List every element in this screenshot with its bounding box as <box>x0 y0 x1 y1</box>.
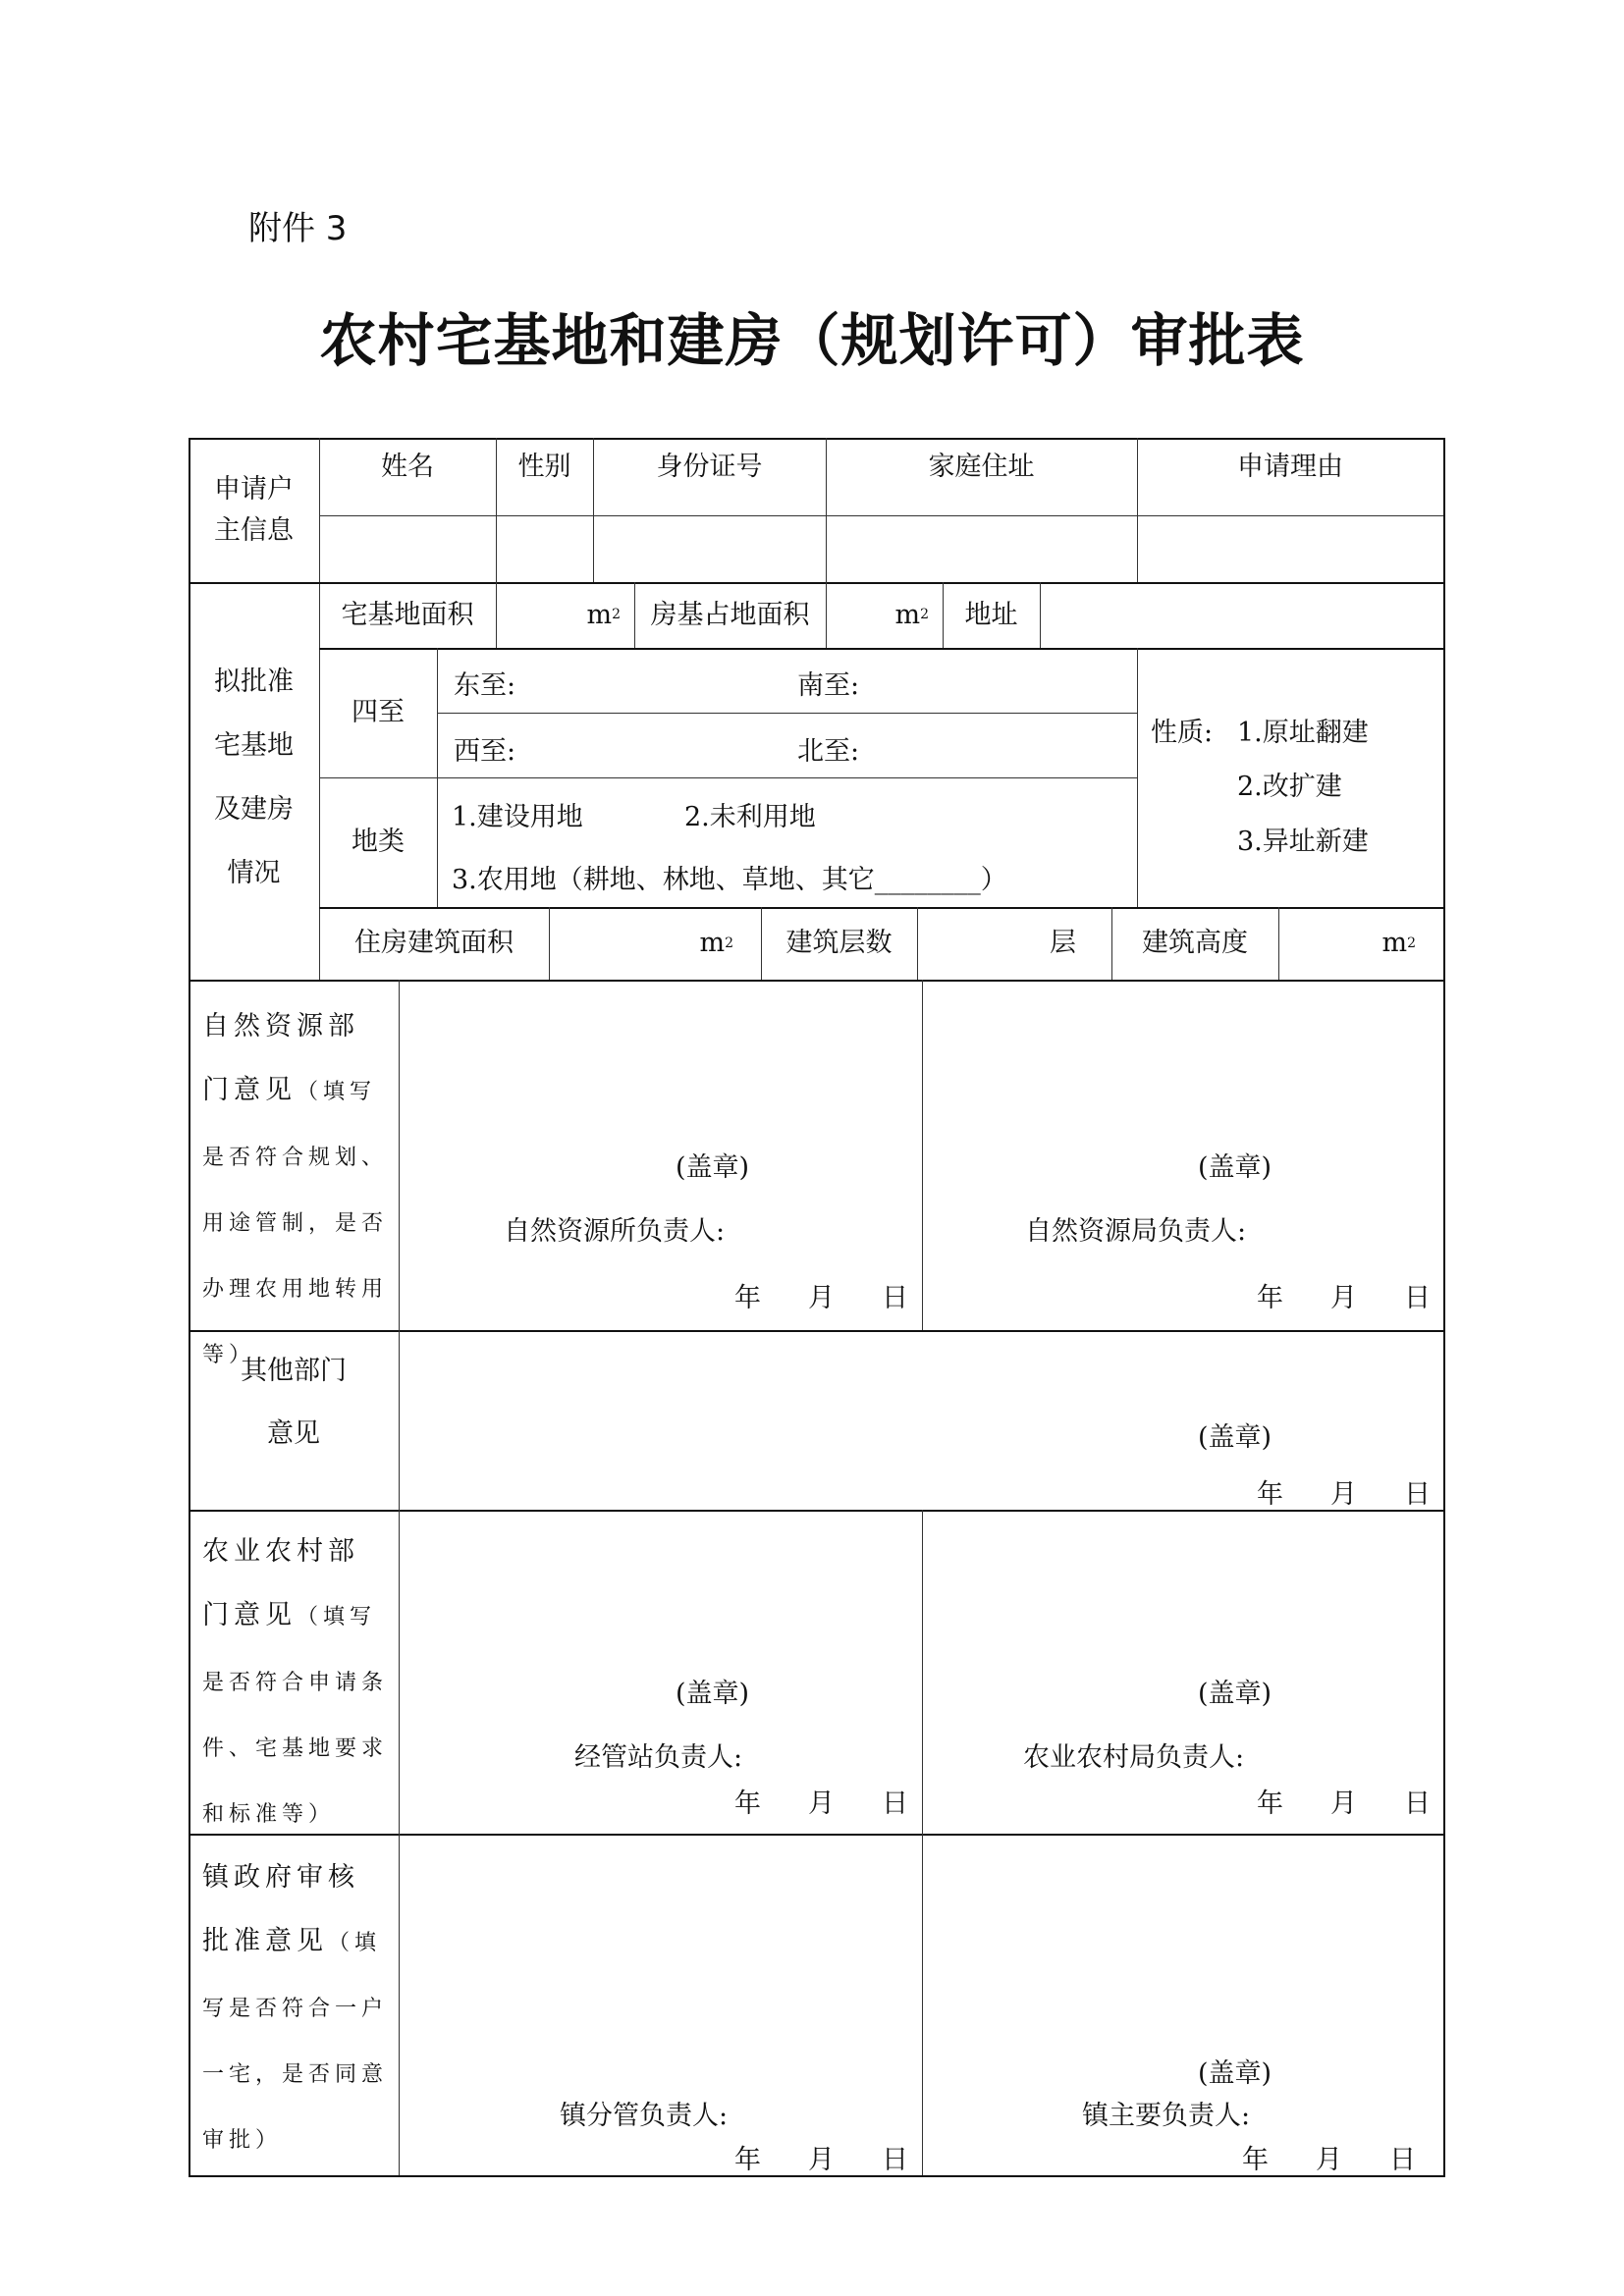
annex-label: 附件 3 <box>248 201 347 249</box>
height-label: 建筑高度 <box>1111 907 1278 980</box>
height-field[interactable]: m2 <box>1278 907 1443 980</box>
land-type-label: 地类 <box>319 777 437 907</box>
form-title: 农村宅基地和建房（规划许可）审批表 <box>0 294 1624 377</box>
unit-label: m <box>894 594 920 636</box>
year-label: 年 <box>1257 1276 1283 1314</box>
section-divider <box>189 1510 1443 1512</box>
label-line: 其他部门 <box>241 1340 347 1403</box>
year-label: 年 <box>1257 1782 1283 1820</box>
signer-label[interactable]: 经管站负责人: <box>574 1735 742 1774</box>
seal-placeholder: (盖章) <box>1198 2052 1272 2090</box>
month-label: 月 <box>808 2138 835 2176</box>
border-right <box>1443 438 1445 2177</box>
applicant-section-label: 申请户 主信息 <box>189 461 319 560</box>
header-reason: 申请理由 <box>1137 438 1443 497</box>
label-line: 及建房 <box>214 777 294 841</box>
row-divider <box>437 713 1137 714</box>
natural-resources-label: 自然资源部门意见（填写是否符合规划、用途管制，是否办理农用地转用等） <box>202 994 389 1387</box>
year-label: 年 <box>1242 2138 1269 2176</box>
site-section-label: 拟批准 宅基地 及建房 情况 <box>189 648 319 907</box>
date-line[interactable]: 年月日 <box>734 1276 908 1314</box>
label-col-divider <box>399 980 400 2175</box>
month-label: 月 <box>1330 1782 1357 1820</box>
footprint-label: 房基占地面积 <box>634 582 826 648</box>
month-label: 月 <box>1330 1472 1357 1511</box>
nature-option-1[interactable]: 1.原址翻建 <box>1237 711 1369 749</box>
west-boundary[interactable]: 西至: <box>454 729 515 768</box>
label-note: （填写是否符合申请条件、宅基地要求和标准等） <box>202 1605 388 1827</box>
id-number-field[interactable] <box>593 516 826 582</box>
signer-label[interactable]: 农业农村局负责人: <box>1023 1735 1244 1774</box>
homestead-area-field[interactable]: m2 <box>496 582 634 648</box>
site-address-field[interactable] <box>1040 582 1443 648</box>
header-name: 姓名 <box>319 438 496 497</box>
day-label: 日 <box>1404 1276 1431 1314</box>
unit-label: m <box>586 594 612 636</box>
nature-label: 性质: <box>1151 711 1213 749</box>
label-line: 主信息 <box>214 510 294 552</box>
day-label: 日 <box>1404 1472 1431 1511</box>
boundaries-label: 四至 <box>319 648 437 777</box>
month-label: 月 <box>1316 2138 1342 2176</box>
floors-label: 建筑层数 <box>761 907 917 980</box>
seal-placeholder: (盖章) <box>1198 1146 1272 1184</box>
date-line[interactable]: 年月日 <box>1242 2138 1416 2176</box>
row-divider <box>319 648 1443 650</box>
label-line: 申请户 <box>214 469 294 510</box>
year-label: 年 <box>734 1782 761 1820</box>
date-line[interactable]: 年月日 <box>734 1782 908 1820</box>
unit-superscript: 2 <box>920 604 929 625</box>
row-divider <box>319 777 1137 778</box>
floor-area-label: 住房建筑面积 <box>319 907 549 980</box>
nature-option-2[interactable]: 2.改扩建 <box>1237 765 1342 803</box>
date-line[interactable]: 年月日 <box>1257 1782 1431 1820</box>
nature-option-3[interactable]: 3.异址新建 <box>1237 820 1369 858</box>
gender-field[interactable] <box>496 516 593 582</box>
agriculture-label: 农业农村部门意见（填写是否符合申请条件、宅基地要求和标准等） <box>202 1520 389 1846</box>
address-field[interactable] <box>826 516 1137 582</box>
section-divider <box>189 980 1443 982</box>
col-divider <box>922 1510 923 2175</box>
day-label: 日 <box>1404 1782 1431 1820</box>
land-type-option-3[interactable]: 3.农用地（耕地、林地、草地、其它________） <box>452 858 1007 896</box>
unit-label: m <box>1381 922 1407 964</box>
reason-field[interactable] <box>1137 516 1443 582</box>
day-label: 日 <box>1389 2138 1416 2176</box>
label-line: 意见 <box>267 1403 320 1466</box>
label-note: （填写是否符合规划、用途管制，是否办理农用地转用等） <box>202 1080 388 1367</box>
seal-placeholder: (盖章) <box>1198 1672 1272 1710</box>
floors-field[interactable]: 层 <box>917 907 1111 980</box>
year-label: 年 <box>1257 1472 1283 1511</box>
unit-superscript: 2 <box>1407 933 1416 954</box>
month-label: 月 <box>808 1782 835 1820</box>
town-approval-label: 镇政府审核批准意见（填写是否符合一户一宅，是否同意审批） <box>202 1845 389 2172</box>
header-gender: 性别 <box>496 438 593 497</box>
name-field[interactable] <box>319 516 496 582</box>
label-note: （填写是否符合一户一宅，是否同意审批） <box>202 1931 388 2153</box>
seal-placeholder: (盖章) <box>676 1146 749 1184</box>
col-divider <box>922 980 923 1330</box>
col-divider <box>1137 648 1138 907</box>
north-boundary[interactable]: 北至: <box>797 729 859 768</box>
day-label: 日 <box>882 1276 908 1314</box>
year-label: 年 <box>734 1276 761 1314</box>
day-label: 日 <box>882 1782 908 1820</box>
date-line[interactable]: 年月日 <box>734 2138 908 2176</box>
homestead-area-label: 宅基地面积 <box>319 582 496 648</box>
month-label: 月 <box>1330 1276 1357 1314</box>
year-label: 年 <box>734 2138 761 2176</box>
seal-placeholder: (盖章) <box>1198 1415 1272 1454</box>
seal-placeholder: (盖章) <box>676 1672 749 1710</box>
footprint-field[interactable]: m2 <box>826 582 943 648</box>
unit-label: 层 <box>1050 922 1076 964</box>
land-type-option-1[interactable]: 1.建设用地 <box>452 795 583 833</box>
east-boundary[interactable]: 东至: <box>454 664 515 702</box>
header-address: 家庭住址 <box>826 438 1137 497</box>
signer-label[interactable]: 镇主要负责人: <box>1082 2094 1250 2132</box>
label-line: 宅基地 <box>214 714 294 777</box>
date-line[interactable]: 年月日 <box>1257 1276 1431 1314</box>
header-id-number: 身份证号 <box>593 438 826 497</box>
unit-superscript: 2 <box>725 933 733 954</box>
unit-label: m <box>699 922 725 964</box>
other-dept-label: 其他部门 意见 <box>189 1340 399 1458</box>
signer-label[interactable]: 自然资源所负责人: <box>504 1209 725 1248</box>
floor-area-field[interactable]: m2 <box>549 907 761 980</box>
label-line: 拟批准 <box>214 650 294 714</box>
land-type-option-2[interactable]: 2.未利用地 <box>684 795 816 833</box>
site-address-label: 地址 <box>943 582 1040 648</box>
south-boundary[interactable]: 南至: <box>797 664 859 702</box>
month-label: 月 <box>808 1276 835 1314</box>
date-line[interactable]: 年月日 <box>1257 1472 1431 1511</box>
day-label: 日 <box>882 2138 908 2176</box>
unit-superscript: 2 <box>612 604 621 625</box>
signer-label[interactable]: 自然资源局负责人: <box>1025 1209 1246 1248</box>
signer-label[interactable]: 镇分管负责人: <box>560 2094 728 2132</box>
label-line: 情况 <box>228 841 281 905</box>
